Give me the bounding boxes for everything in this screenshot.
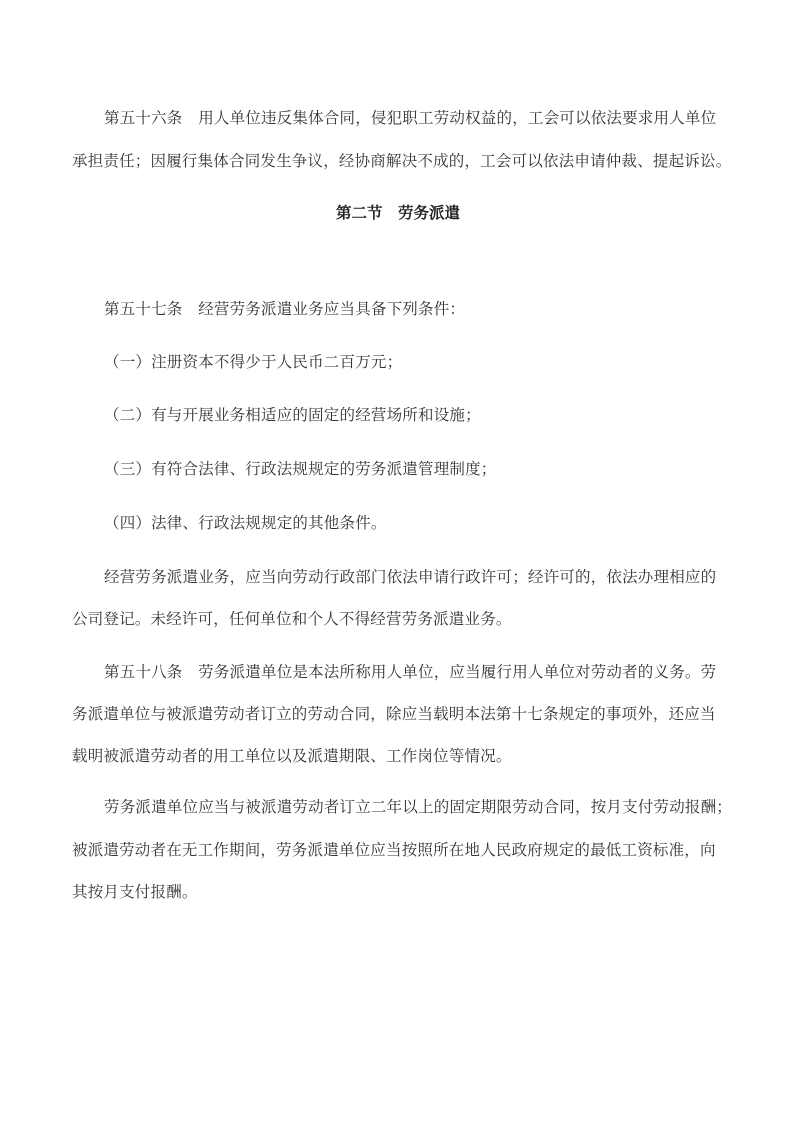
article-56-line-1: 第五十六条 用人单位违反集体合同，侵犯职工劳动权益的，工会可以依法要求用人单位 <box>104 108 716 128</box>
article-56-line-2: 承担责任；因履行集体合同发生争议，经协商解决不成的，工会可以依法申请仲裁、提起诉… <box>72 151 731 171</box>
article-58-paragraph-2-line-3: 其按月支付报酬。 <box>72 882 198 902</box>
condition-item-4: （四）法律、行政法规规定的其他条件。 <box>104 513 387 533</box>
article-58-line-3: 载明被派遣劳动者的用工单位以及派遣期限、工作岗位等情况。 <box>72 746 512 766</box>
condition-item-2: （二）有与开展业务相适应的固定的经营场所和设施； <box>104 405 481 425</box>
condition-item-3: （三）有符合法律、行政法规规定的劳务派遣管理制度； <box>104 459 497 479</box>
section-heading: 第二节 劳务派遣 <box>72 203 724 223</box>
article-58-line-1: 第五十八条 劳务派遣单位是本法所称用人单位，应当履行用人单位对劳动者的义务。劳 <box>104 662 716 682</box>
condition-item-1: （一）注册资本不得少于人民币二百万元； <box>104 352 402 372</box>
article-58-paragraph-2-line-1: 劳务派遣单位应当与被派遣劳动者订立二年以上的固定期限劳动合同，按月支付劳动报酬； <box>104 797 732 817</box>
article-58-line-2: 务派遣单位与被派遣劳动者订立的劳动合同，除应当载明本法第十七条规定的事项外，还应… <box>72 704 716 724</box>
licensing-paragraph-line-1: 经营劳务派遣业务，应当向劳动行政部门依法申请行政许可；经许可的，依法办理相应的 <box>104 567 716 587</box>
article-58-paragraph-2-line-2: 被派遣劳动者在无工作期间，劳务派遣单位应当按照所在地人民政府规定的最低工资标准，… <box>72 840 716 860</box>
licensing-paragraph-line-2: 公司登记。未经许可，任何单位和个人不得经营劳务派遣业务。 <box>72 609 512 629</box>
article-57-intro: 第五十七条 经营劳务派遣业务应当具备下列条件： <box>104 299 465 319</box>
